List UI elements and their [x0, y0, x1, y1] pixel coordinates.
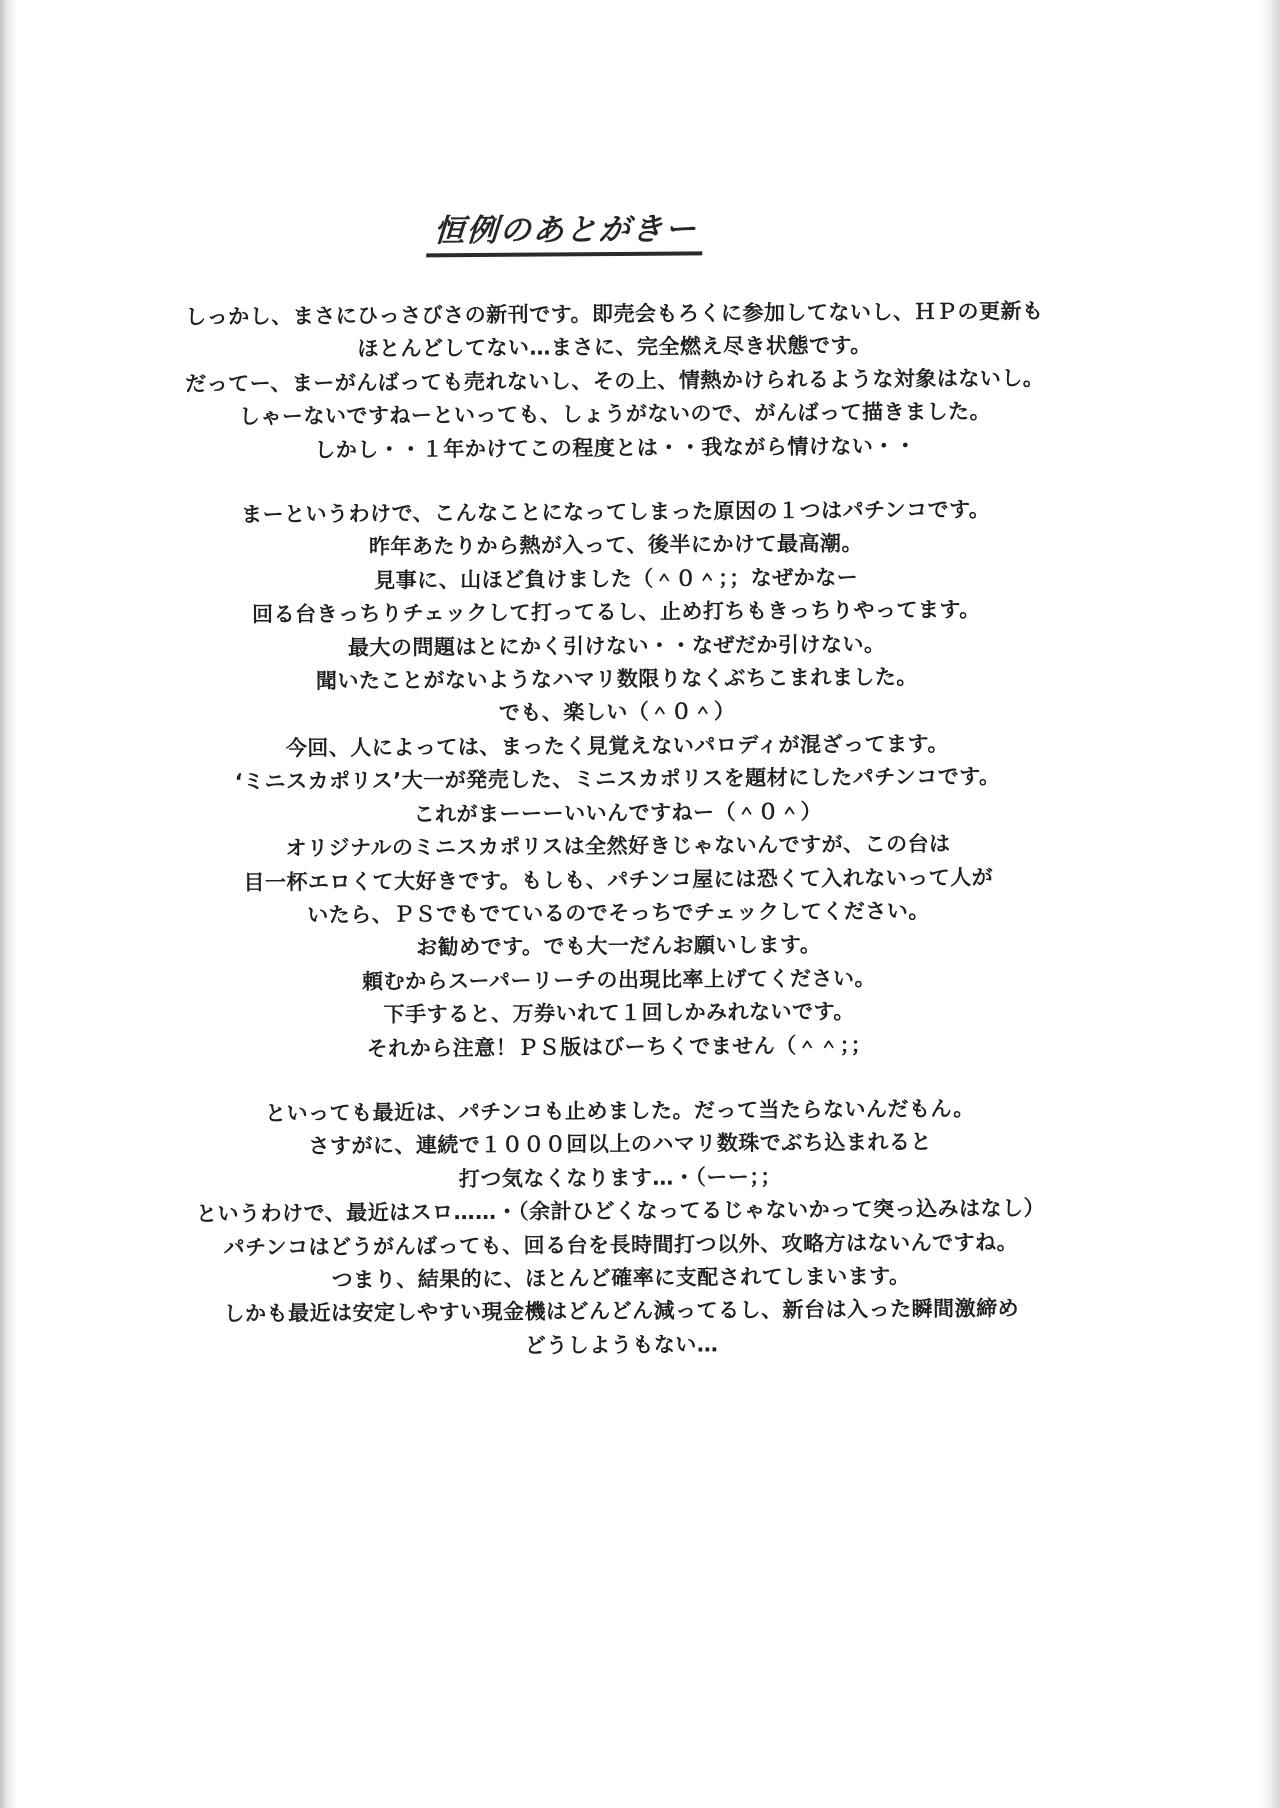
page-title: 恒例のあとがきー: [426, 203, 705, 257]
paragraph-block-1: しっかし、まさにひっさびさの新刊です。即売会もろくに参加してないし、ＨＰの更新も…: [94, 294, 1135, 468]
text-line: それから注意！ＰＳ版はびーちくでません（＾＾；；: [99, 1027, 1139, 1068]
paragraph-block-3: といっても最近は、パチンコも止めました。だって当たらないんだもん。 さすがに、連…: [100, 1091, 1142, 1366]
page-content: 恒例のあとがきー しっかし、まさにひっさびさの新刊です。即売会もろくに参加してな…: [92, 0, 1141, 1366]
scan-edge-right-shade: [1260, 0, 1280, 1808]
title-container: 恒例のあとがきー: [44, 0, 1086, 260]
paragraph-block-2: まーというわけで、こんなことになってしまった原因の１つはパチンコです。 昨年あた…: [96, 492, 1140, 1067]
scan-edge-left-shade: [0, 0, 18, 1808]
scanned-afterword-page: 恒例のあとがきー しっかし、まさにひっさびさの新刊です。即売会もろくに参加してな…: [0, 0, 1280, 1808]
